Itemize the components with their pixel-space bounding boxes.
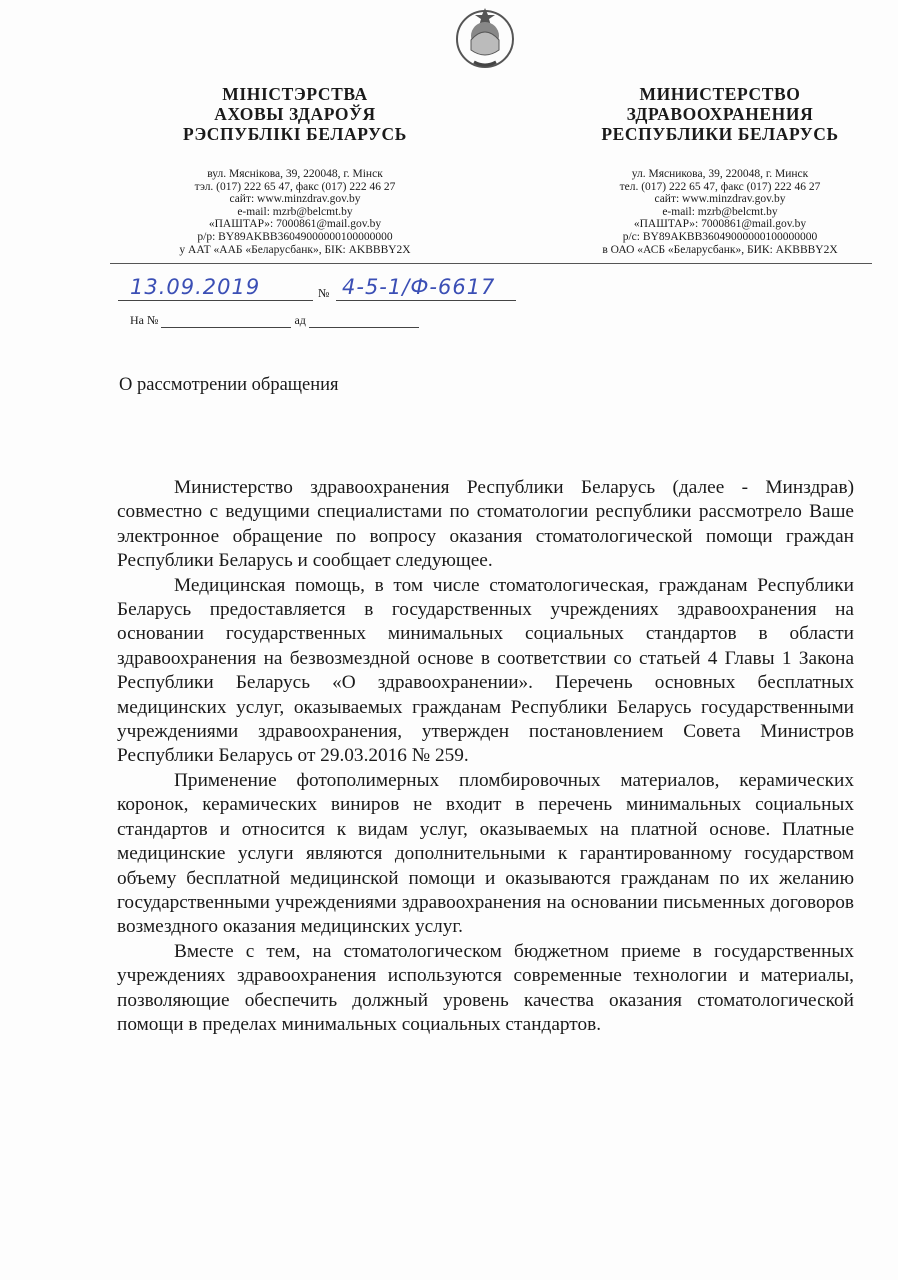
- org-name-ru: МИНИСТЕРСТВО ЗДРАВООХРАНЕНИЯ РЕСПУБЛИКИ …: [555, 84, 885, 144]
- reference-number-blank: [161, 315, 291, 328]
- bank-account: р/р: BY89AKBB36049000000100000000: [120, 231, 470, 244]
- pashtar-email: «ПАШТАР»: 7000861@mail.gov.by: [120, 218, 470, 231]
- org-contacts-by: вул. Мяснікова, 39, 220048, г. Мінск тэл…: [120, 168, 470, 256]
- email: e-mail: mzrb@belcmt.by: [120, 206, 470, 219]
- paragraph: Применение фотополимерных пломбировочных…: [117, 769, 854, 940]
- reference-from-label: ад: [294, 313, 305, 327]
- org-name-by: МІНІСТЭРСТВА АХОВЫ ЗДАРОЎЯ РЭСПУБЛІКІ БЕ…: [120, 84, 470, 144]
- header-divider: [110, 263, 872, 264]
- registration-date-field: 13.09.2019: [118, 274, 313, 301]
- bank-account: р/с: BY89AKBB36049000000100000000: [555, 231, 885, 244]
- letter-body: Министерство здравоохранения Республики …: [117, 476, 854, 1037]
- letterhead-belarusian: МІНІСТЭРСТВА АХОВЫ ЗДАРОЎЯ РЭСПУБЛІКІ БЕ…: [120, 84, 470, 256]
- website: сайт: www.minzdrav.gov.by: [555, 193, 885, 206]
- paragraph: Медицинская помощь, в том числе стоматол…: [117, 574, 854, 769]
- email: e-mail: mzrb@belcmt.by: [555, 206, 885, 219]
- phone: тэл. (017) 222 65 47, факс (017) 222 46 …: [120, 181, 470, 194]
- address: ул. Мясникова, 39, 220048, г. Минск: [555, 168, 885, 181]
- org-contacts-ru: ул. Мясникова, 39, 220048, г. Минск тел.…: [555, 168, 885, 256]
- bank-info: у ААТ «ААБ «Беларусбанк», БІК: AKBBBY2X: [120, 244, 470, 257]
- registration-number: 4-5-1/Ф-6617: [342, 275, 495, 299]
- letter-subject: О рассмотрении обращения: [119, 375, 339, 396]
- registration-number-field: 4-5-1/Ф-6617: [336, 274, 516, 301]
- address: вул. Мяснікова, 39, 220048, г. Мінск: [120, 168, 470, 181]
- reference-number-label: На №: [130, 313, 158, 327]
- paragraph: Вместе с тем, на стоматологическом бюдже…: [117, 940, 854, 1038]
- paragraph: Министерство здравоохранения Республики …: [117, 476, 854, 574]
- pashtar-email: «ПАШТАР»: 7000861@mail.gov.by: [555, 218, 885, 231]
- bank-info: в ОАО «АСБ «Беларусбанк», БИК: AKBBBY2X: [555, 244, 885, 257]
- number-label: №: [318, 286, 329, 301]
- reference-row: На № ад: [130, 313, 419, 328]
- registration-date: 13.09.2019: [130, 275, 260, 299]
- letterhead-russian: МИНИСТЕРСТВО ЗДРАВООХРАНЕНИЯ РЕСПУБЛИКИ …: [555, 84, 885, 256]
- reference-date-blank: [309, 315, 419, 328]
- coat-of-arms-icon: [452, 4, 518, 70]
- phone: тел. (017) 222 65 47, факс (017) 222 46 …: [555, 181, 885, 194]
- website: сайт: www.minzdrav.gov.by: [120, 193, 470, 206]
